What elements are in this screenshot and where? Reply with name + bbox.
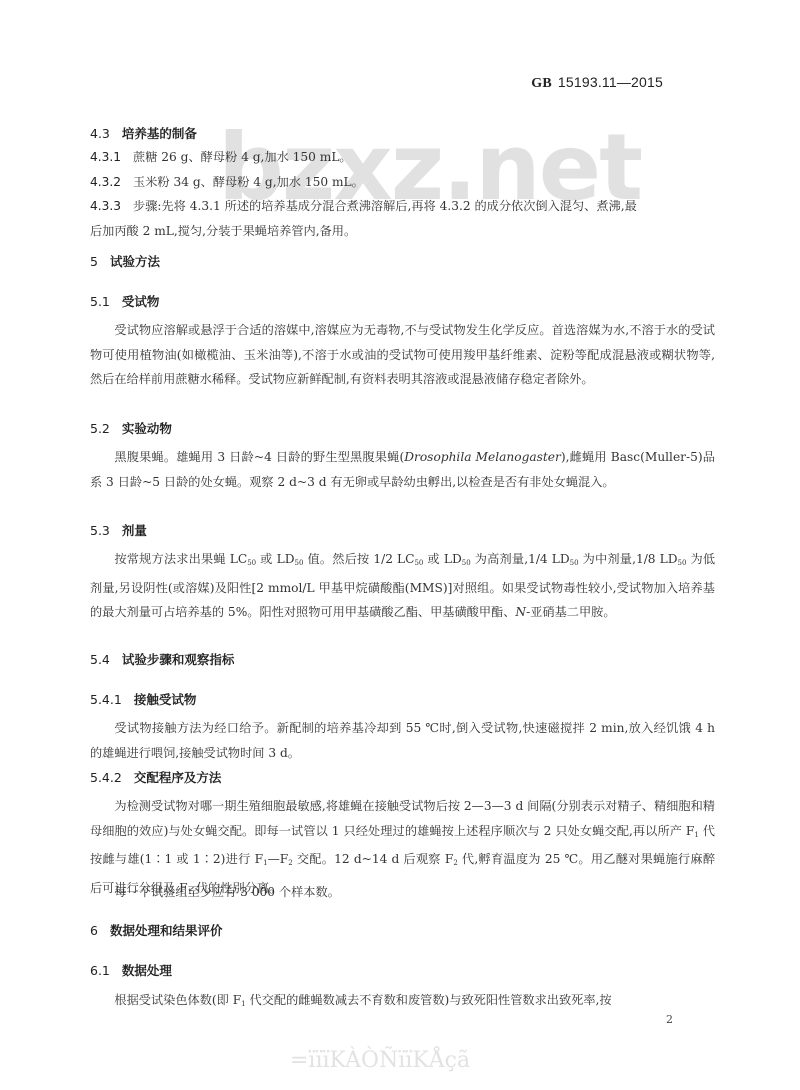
para-5-4-2-samples: 每一个试验组至少应有 3 000 个样本数。 — [90, 880, 715, 905]
clause-4-3-3-cont: 后加丙酸 2 mL,搅匀,分装于果蝇培养管内,备用。 — [90, 219, 715, 244]
heading-6: 6数据处理和结果评价 — [90, 922, 715, 940]
std-number: 15193.11—2015 — [558, 74, 663, 90]
heading-4-3: 4.3培养基的制备 — [90, 125, 715, 143]
heading-5: 5试验方法 — [90, 253, 715, 271]
standard-number-header: GB15193.11—2015 — [531, 74, 663, 92]
heading-5-4-2: 5.4.2交配程序及方法 — [90, 769, 715, 787]
heading-5-4: 5.4试验步骤和观察指标 — [90, 651, 715, 669]
para-5-3: 按常规方法求出果蝇 LC50 或 LD50 值。然后按 1/2 LC50 或 L… — [90, 547, 715, 625]
heading-5-2: 5.2实验动物 — [90, 420, 715, 438]
heading-5-3: 5.3剂量 — [90, 522, 715, 540]
std-prefix: GB — [531, 76, 552, 91]
clause-4-3-1: 4.3.1蔗糖 26 g、酵母粉 4 g,加水 150 mL。 — [90, 145, 715, 170]
para-5-1: 受试物应溶解或悬浮于合适的溶媒中,溶媒应为无毒物,不与受试物发生化学反应。首选溶… — [90, 318, 715, 392]
heading-5-4-1: 5.4.1接触受试物 — [90, 691, 715, 709]
para-5-4-1: 受试物接触方法为经口给予。新配制的培养基冷却到 55 ℃时,倒入受试物,快速磁搅… — [90, 716, 715, 765]
clause-4-3-2: 4.3.2玉米粉 34 g、酵母粉 4 g,加水 150 mL。 — [90, 170, 715, 195]
heading-6-1: 6.1数据处理 — [90, 962, 715, 980]
para-5-2: 黑腹果蝇。雄蝇用 3 日龄~4 日龄的野生型黑腹果蝇(Drosophila Me… — [90, 445, 715, 494]
clause-4-3-3: 4.3.3步骤:先将 4.3.1 所述的培养基成分混合煮沸溶解后,再将 4.3.… — [90, 194, 715, 219]
heading-5-1: 5.1受试物 — [90, 293, 715, 311]
species-name: Drosophila Melanogaster — [404, 450, 561, 464]
para-6-1: 根据受试染色体数(即 F1 代交配的雌蝇数减去不育数和废管数)与致死阳性管数求出… — [90, 988, 715, 1017]
footer-watermark: =ïïïKÀÒÑïïKÅçã — [290, 1048, 470, 1073]
document-page: bzxz.net GB15193.11—2015 4.3培养基的制备 4.3.1… — [0, 0, 800, 1090]
page-number: 2 — [666, 1013, 673, 1026]
clauses-4-3: 4.3.1蔗糖 26 g、酵母粉 4 g,加水 150 mL。 4.3.2玉米粉… — [90, 145, 715, 243]
